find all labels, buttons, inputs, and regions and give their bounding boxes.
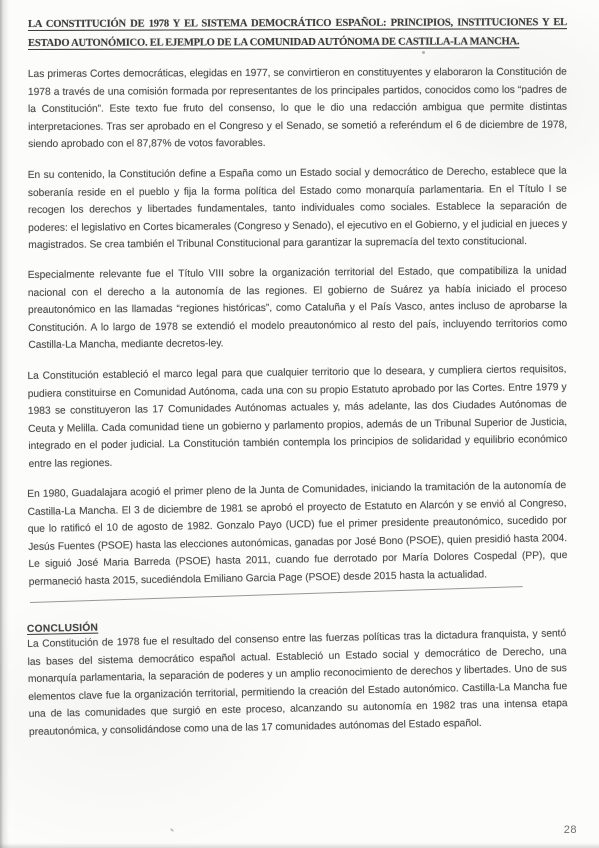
scanned-document-page: LA CONSTITUCIÓN DE 1978 Y EL SISTEMA DEM…: [0, 0, 599, 848]
scan-speck: [170, 828, 174, 832]
page-number: 28: [564, 824, 577, 836]
paragraph-marco-legal-autonomias: La Constitución estableció el marco lega…: [27, 360, 567, 472]
conclusion-section: CONCLUSIÓN La Constitución de 1978 fue e…: [27, 613, 568, 741]
paragraph-cortes-1977: Las primeras Cortes democráticas, elegid…: [28, 64, 567, 154]
conclusion-paragraph: La Constitución de 1978 fue el resultado…: [27, 625, 568, 741]
scan-shadow-left: [0, 0, 9, 848]
paragraph-titulo-viii: Especialmente relevante fue el Título VI…: [28, 262, 568, 354]
paragraph-castilla-la-mancha-historia: En 1980, Guadalajara acogió el primer pl…: [27, 477, 568, 591]
document-title: LA CONSTITUCIÓN DE 1978 Y EL SISTEMA DEM…: [28, 13, 567, 53]
scan-shadow-bottom: [0, 843, 599, 848]
paragraph-contenido-constitucion: En su contenido, la Constitución define …: [28, 162, 568, 254]
